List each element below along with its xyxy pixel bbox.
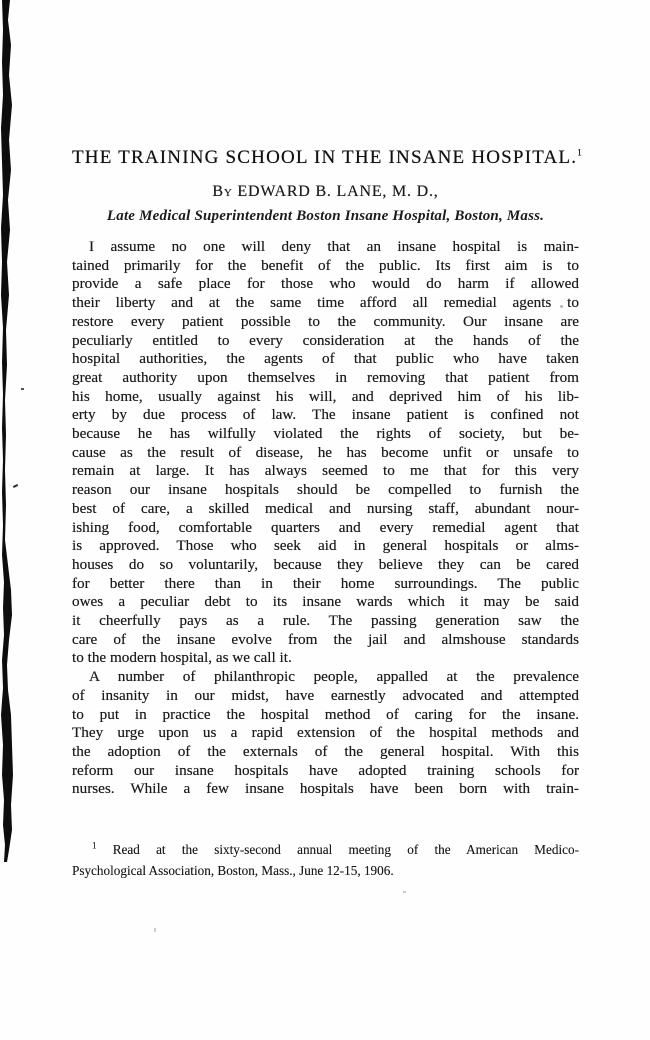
- affiliation: Late Medical Superintendent Boston Insan…: [72, 207, 579, 226]
- binding-shadow: [0, 0, 20, 880]
- body-line: nurses. While a few insane hospitals hav…: [72, 780, 579, 799]
- body-line: it cheerfully pays as a rule. The passin…: [72, 612, 579, 631]
- footnote-line: Psychological Association, Boston, Mass.…: [72, 861, 579, 882]
- body-line: erty by due process of law. The insane p…: [72, 406, 579, 425]
- body-line: houses do so voluntarily, because they b…: [72, 556, 579, 575]
- body-line: A number of philanthropic people, appall…: [72, 668, 579, 687]
- body-line: remain at large. It has always seemed to…: [72, 462, 579, 481]
- footnote-marker: 1: [92, 841, 97, 851]
- body-line: hospital authorities, the agents of that…: [72, 350, 579, 369]
- body-line: his home, usually against his will, and …: [72, 388, 579, 407]
- body-line: cause as the result of disease, he has b…: [72, 444, 579, 463]
- body-line: to the modern hospital, as we call it.: [72, 649, 579, 668]
- article-title: THE TRAINING SCHOOL IN THE INSANE HOSPIT…: [72, 146, 579, 169]
- body-line: care of the insane evolve from the jail …: [72, 631, 579, 650]
- body-line: I assume no one will deny that an insane…: [72, 238, 579, 257]
- footnote: 1 Read at the sixty-second annual meetin…: [72, 840, 579, 881]
- body-line: owes a peculiar debt to its insane wards…: [72, 593, 579, 612]
- body-line: for better there than in their home surr…: [72, 575, 579, 594]
- body-paragraphs: I assume no one will deny that an insane…: [72, 238, 579, 799]
- body-line: great authority upon themselves in remov…: [72, 369, 579, 388]
- page-content: THE TRAINING SCHOOL IN THE INSANE HOSPIT…: [72, 146, 579, 881]
- body-line: their liberty and at the same time affor…: [72, 294, 579, 313]
- body-line: tained primarily for the benefit of the …: [72, 257, 579, 276]
- ink-speck: [403, 891, 406, 893]
- title-footnote-marker: 1: [577, 148, 583, 158]
- footnote-line: 1 Read at the sixty-second annual meetin…: [72, 840, 579, 861]
- body-line: reform our insane hospitals have adopted…: [72, 762, 579, 781]
- body-line: of insanity in our midst, have earnestly…: [72, 687, 579, 706]
- body-line: provide a safe place for those who would…: [72, 275, 579, 294]
- article-title-text: THE TRAINING SCHOOL IN THE INSANE HOSPIT…: [72, 147, 577, 168]
- body-line: They urge upon us a rapid extension of t…: [72, 724, 579, 743]
- body-line: is approved. Those who seek aid in gener…: [72, 537, 579, 556]
- body-line: to put in practice the hospital method o…: [72, 706, 579, 725]
- body-line: the adoption of the externals of the gen…: [72, 743, 579, 762]
- body-line: peculiarly entitled to every considerati…: [72, 332, 579, 351]
- ink-speck: [154, 928, 156, 932]
- body-line: reason our insane hospitals should be co…: [72, 481, 579, 500]
- body-line: best of care, a skilled medical and nurs…: [72, 500, 579, 519]
- ink-speck: [21, 388, 24, 390]
- body-line: ishing food, comfortable quarters and ev…: [72, 519, 579, 538]
- scanned-page: THE TRAINING SCHOOL IN THE INSANE HOSPIT…: [0, 0, 650, 1040]
- byline: By EDWARD B. LANE, M. D.,: [72, 182, 579, 201]
- body-line: because he has wilfully violated the rig…: [72, 425, 579, 444]
- body-line: restore every patient possible to the co…: [72, 313, 579, 332]
